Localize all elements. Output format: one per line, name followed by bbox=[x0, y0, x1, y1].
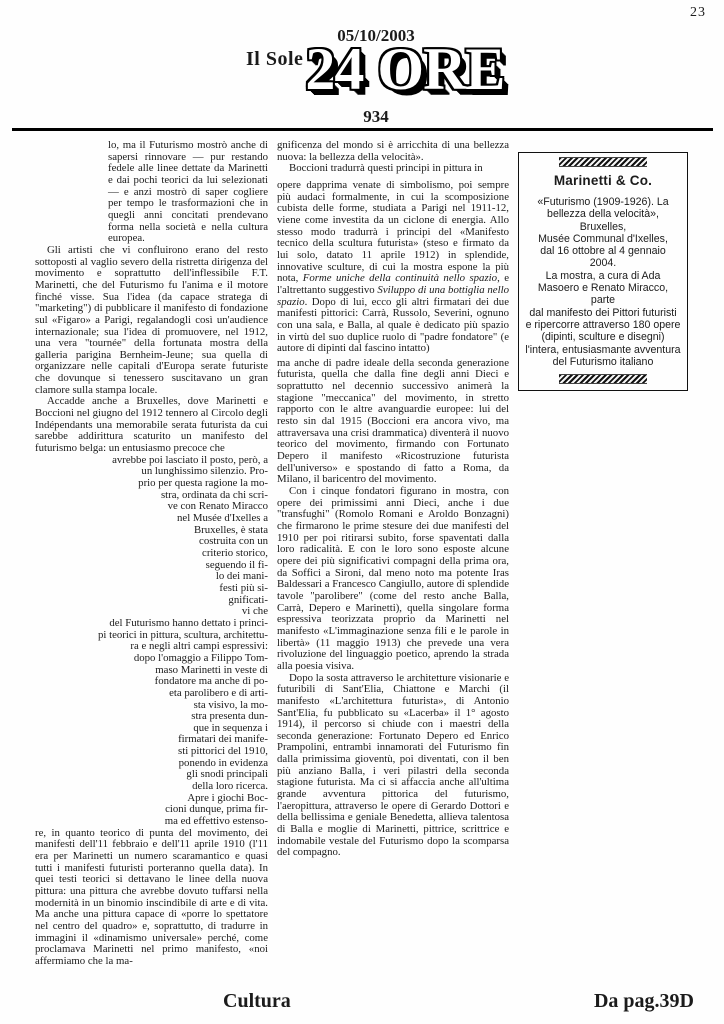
article-paragraph-continuation: gnificenza del mondo si è arricchita di … bbox=[277, 140, 509, 163]
hatch-bar-top bbox=[559, 157, 647, 167]
masthead-brand-prefix: Il Sole bbox=[246, 48, 303, 71]
header-rule bbox=[12, 128, 713, 131]
article-paragraph: Con i cinque fondatori figurano in mostr… bbox=[277, 486, 509, 673]
article-column-middle: gnificenza del mondo si è arricchita di … bbox=[277, 140, 509, 859]
article-column-left: lo, ma il Futurismo mostrò anche di sape… bbox=[35, 140, 268, 968]
article-paragraph: re, in quanto teorico di punta del movim… bbox=[35, 828, 268, 968]
masthead-edition-number: 934 bbox=[318, 107, 434, 127]
article-paragraph: ma anche di padre ideale della seconda g… bbox=[277, 358, 509, 486]
paragraph-text: opere dapprima venate di simbolismo, poi… bbox=[277, 179, 509, 284]
article-paragraph: Gli artisti che vi confluirono erano del… bbox=[35, 245, 268, 397]
info-box-body: «Futurismo (1909-1926). La bellezza dell… bbox=[525, 196, 681, 368]
article-paragraph-continuation: lo, ma il Futurismo mostrò anche di sape… bbox=[108, 140, 268, 245]
footer-page-ref: Da pag.39D bbox=[594, 990, 694, 1013]
exhibition-info-box: Marinetti & Co. «Futurismo (1909-1926). … bbox=[518, 152, 688, 391]
newspaper-page: 23 05/10/2003 Il Sole 24 ORE 934 lo, ma … bbox=[0, 0, 724, 1024]
article-paragraph: Boccioni tradurrà questi principi in pit… bbox=[277, 163, 509, 175]
masthead-brand-main: 24 ORE bbox=[305, 38, 504, 101]
page-number: 23 bbox=[690, 5, 706, 21]
article-paragraph-shaped: avrebbe poi lasciato il posto, però, a u… bbox=[35, 455, 268, 618]
paragraph-text: . Dopo di lui, ecco gli altri firmatari … bbox=[277, 296, 509, 355]
artwork-title: Forme uniche della continuità nello spaz… bbox=[303, 272, 497, 284]
article-paragraph-shaped: del Futurismo hanno dettato i princi- pi… bbox=[35, 618, 268, 828]
article-paragraph: Dopo la sosta attraverso le architetture… bbox=[277, 673, 509, 860]
info-box-title: Marinetti & Co. bbox=[525, 173, 681, 188]
footer-section-label: Cultura bbox=[223, 990, 291, 1013]
article-paragraph: Accadde anche a Bruxelles, dove Marinett… bbox=[35, 396, 268, 454]
article-paragraph: opere dapprima venate di simbolismo, poi… bbox=[277, 180, 509, 355]
masthead-logo: Il Sole 24 ORE bbox=[246, 38, 504, 101]
hatch-bar-bottom bbox=[559, 374, 647, 384]
